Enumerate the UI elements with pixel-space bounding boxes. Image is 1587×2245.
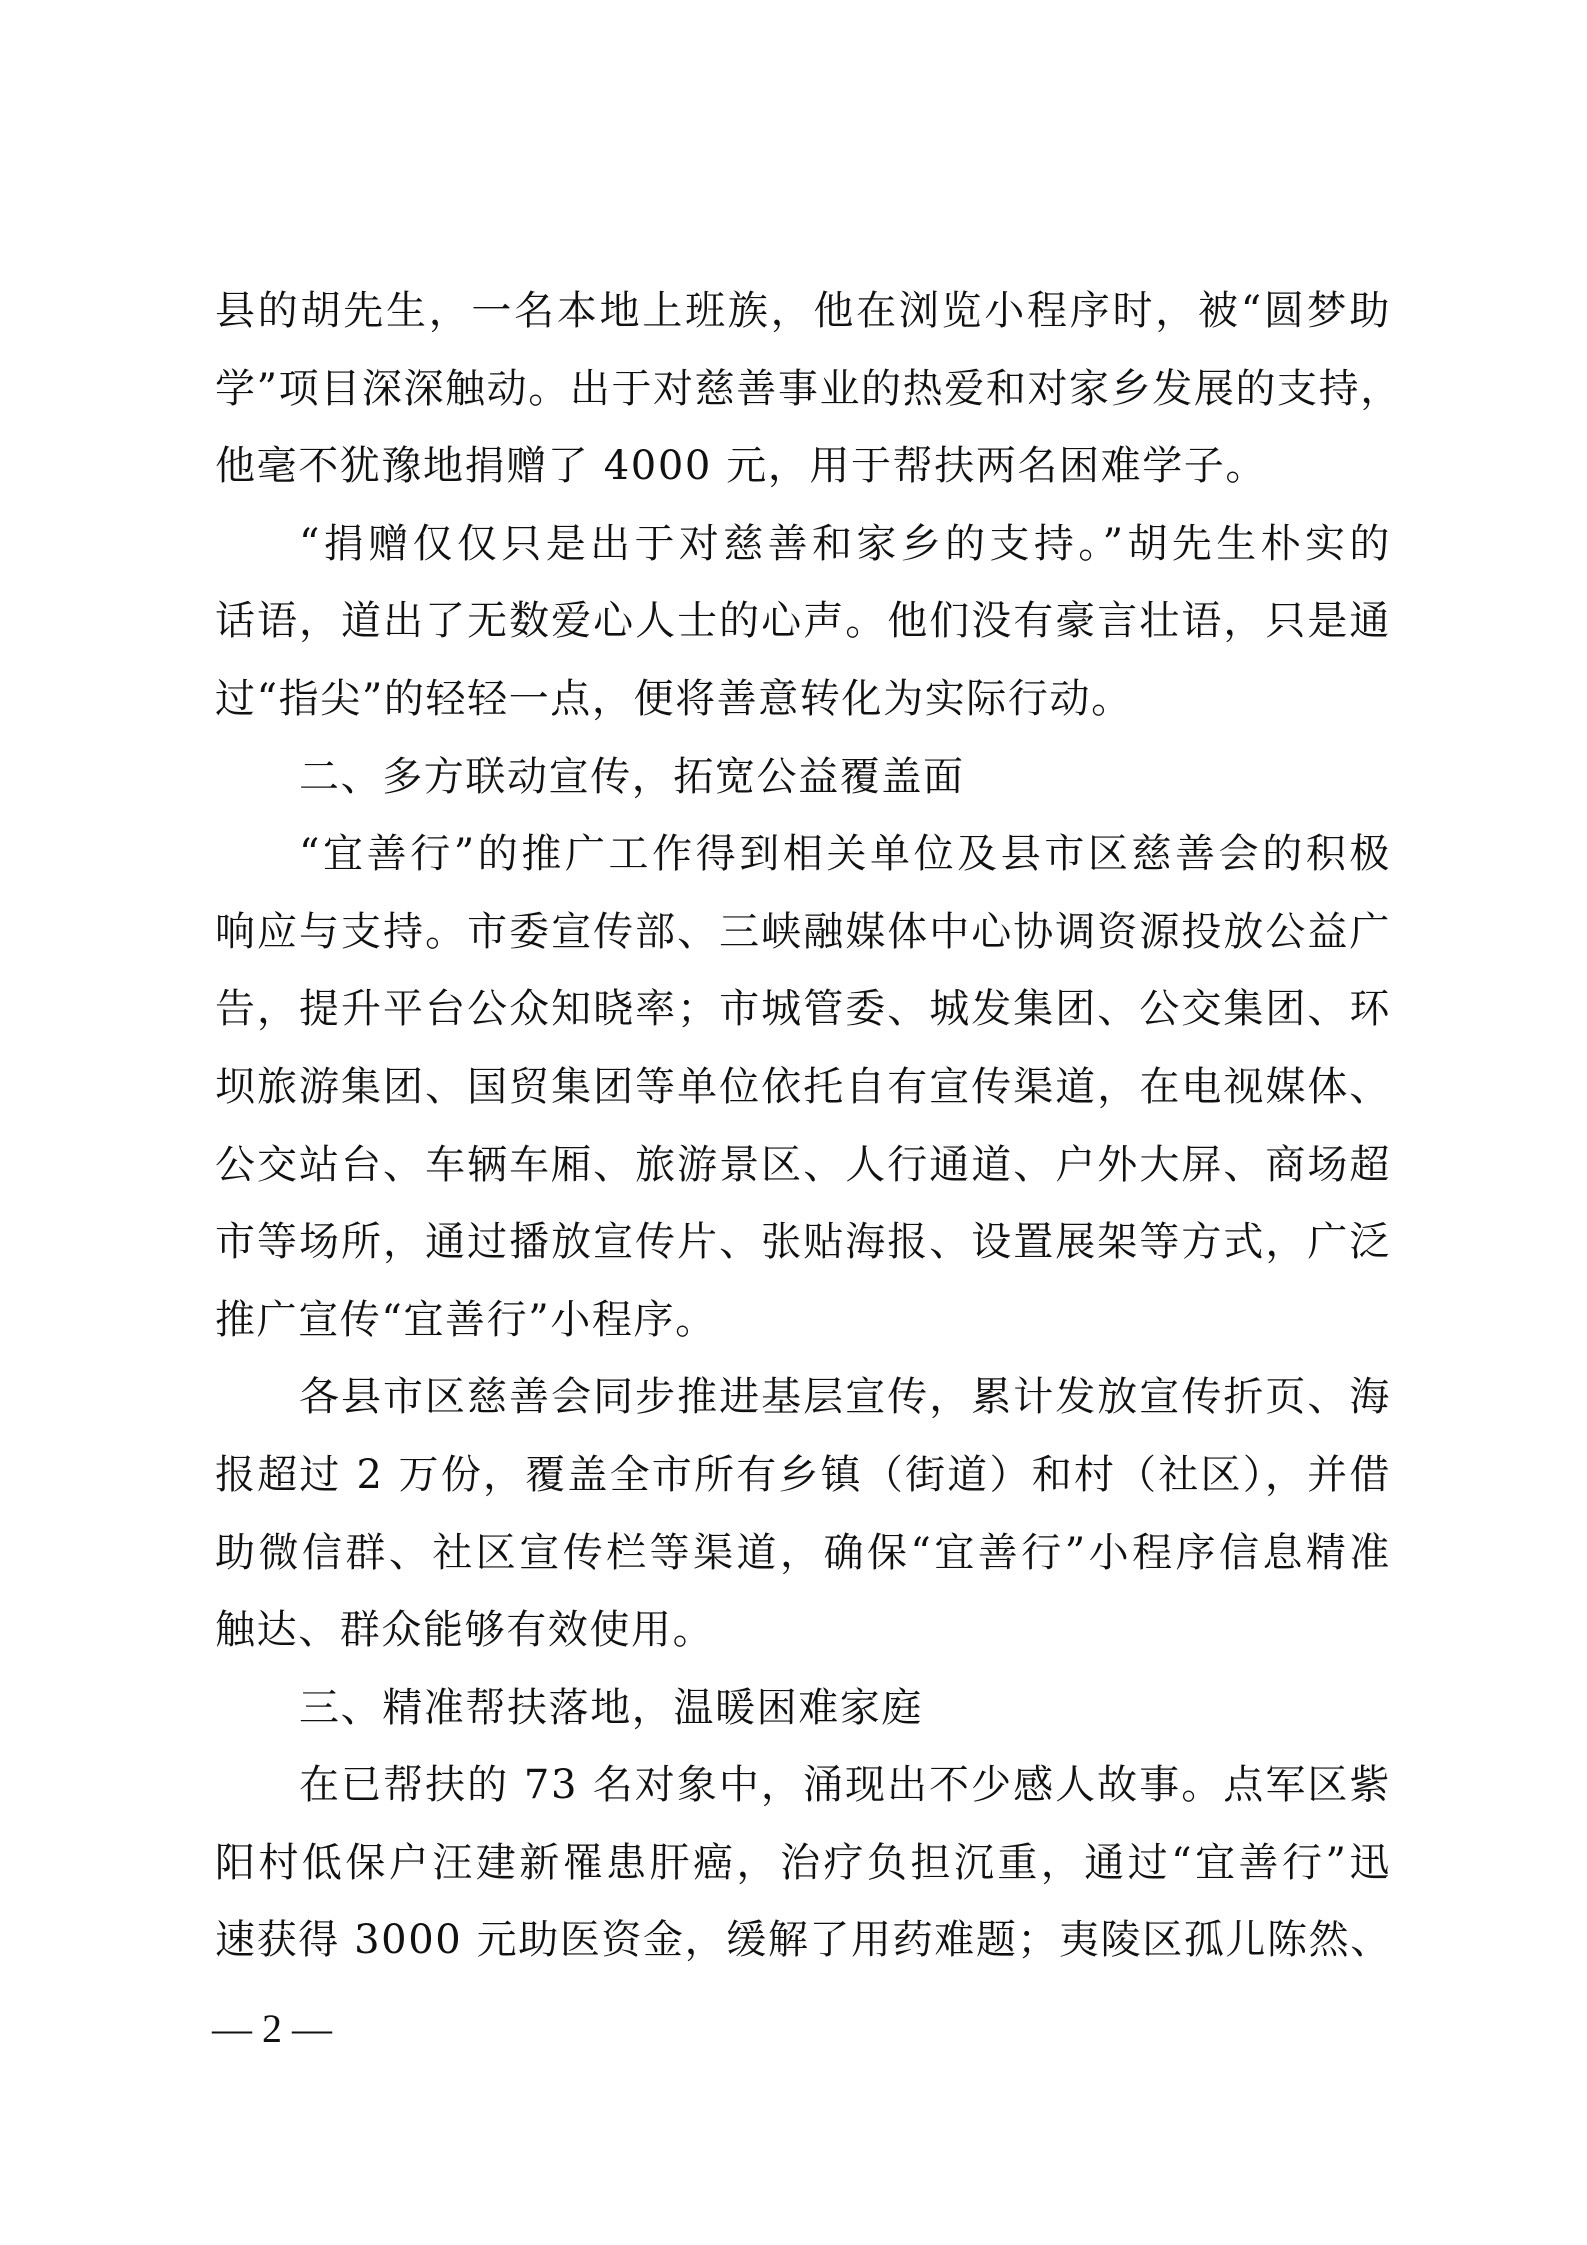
text-line: 学”项目深深触动。出于对慈善事业的热爱和对家乡发展的支持， <box>215 351 1391 429</box>
text-line: 各县市区慈善会同步推进基层宣传，累计发放宣传折页、海 <box>215 1359 1391 1437</box>
text-line: 助微信群、社区宣传栏等渠道，确保“宜善行”小程序信息精准 <box>215 1515 1391 1593</box>
text-line: 阳村低保户汪建新罹患肝癌，治疗负担沉重，通过“宜善行”迅 <box>215 1825 1391 1903</box>
paragraph-promotion: “宜善行”的推广工作得到相关单位及县市区慈善会的积极 响应与支持。市委宣传部、三… <box>215 816 1391 1359</box>
page-number: — 2 — <box>212 2005 332 2052</box>
text-line: 县的胡先生，一名本地上班族，他在浏览小程序时，被“圆梦助 <box>215 273 1391 351</box>
paragraph-grassroots: 各县市区慈善会同步推进基层宣传，累计发放宣传折页、海 报超过 2 万份，覆盖全市… <box>215 1359 1391 1669</box>
paragraph-assistance: 在已帮扶的 73 名对象中，涌现出不少感人故事。点军区紫 阳村低保户汪建新罹患肝… <box>215 1747 1391 1980</box>
text-line: 市等场所，通过播放宣传片、张贴海报、设置展架等方式，广泛 <box>215 1204 1391 1282</box>
text-line: 话语，道出了无数爱心人士的心声。他们没有豪言壮语，只是通 <box>215 583 1391 661</box>
text-line: 触达、群众能够有效使用。 <box>215 1592 1391 1670</box>
paragraph-quote: “捐赠仅仅只是出于对慈善和家乡的支持。”胡先生朴实的 话语，道出了无数爱心人士的… <box>215 506 1391 739</box>
text-line: 响应与支持。市委宣传部、三峡融媒体中心协调资源投放公益广 <box>215 894 1391 972</box>
text-line: 公交站台、车辆车厢、旅游景区、人行通道、户外大屏、商场超 <box>215 1127 1391 1205</box>
heading-text: 二、多方联动宣传，拓宽公益覆盖面 <box>215 739 1391 817</box>
text-line: 推广宣传“宜善行”小程序。 <box>215 1282 1391 1360</box>
document-page: 县的胡先生，一名本地上班族，他在浏览小程序时，被“圆梦助 学”项目深深触动。出于… <box>0 0 1587 2245</box>
text-line: 速获得 3000 元助医资金，缓解了用药难题；夷陵区孤儿陈然、 <box>215 1902 1391 1980</box>
text-line: “宜善行”的推广工作得到相关单位及县市区慈善会的积极 <box>215 816 1391 894</box>
heading-text: 三、精准帮扶落地，温暖困难家庭 <box>215 1670 1391 1748</box>
document-body: 县的胡先生，一名本地上班族，他在浏览小程序时，被“圆梦助 学”项目深深触动。出于… <box>215 273 1391 1980</box>
text-line: “捐赠仅仅只是出于对慈善和家乡的支持。”胡先生朴实的 <box>215 506 1391 584</box>
text-line: 告，提升平台公众知晓率；市城管委、城发集团、公交集团、环 <box>215 971 1391 1049</box>
text-line: 他毫不犹豫地捐赠了 4000 元，用于帮扶两名困难学子。 <box>215 428 1391 506</box>
section-heading-3: 三、精准帮扶落地，温暖困难家庭 <box>215 1670 1391 1748</box>
paragraph-continuation: 县的胡先生，一名本地上班族，他在浏览小程序时，被“圆梦助 学”项目深深触动。出于… <box>215 273 1391 506</box>
text-line: 在已帮扶的 73 名对象中，涌现出不少感人故事。点军区紫 <box>215 1747 1391 1825</box>
section-heading-2: 二、多方联动宣传，拓宽公益覆盖面 <box>215 739 1391 817</box>
text-line: 报超过 2 万份，覆盖全市所有乡镇（街道）和村（社区），并借 <box>215 1437 1391 1515</box>
text-line: 过“指尖”的轻轻一点，便将善意转化为实际行动。 <box>215 661 1391 739</box>
text-line: 坝旅游集团、国贸集团等单位依托自有宣传渠道，在电视媒体、 <box>215 1049 1391 1127</box>
